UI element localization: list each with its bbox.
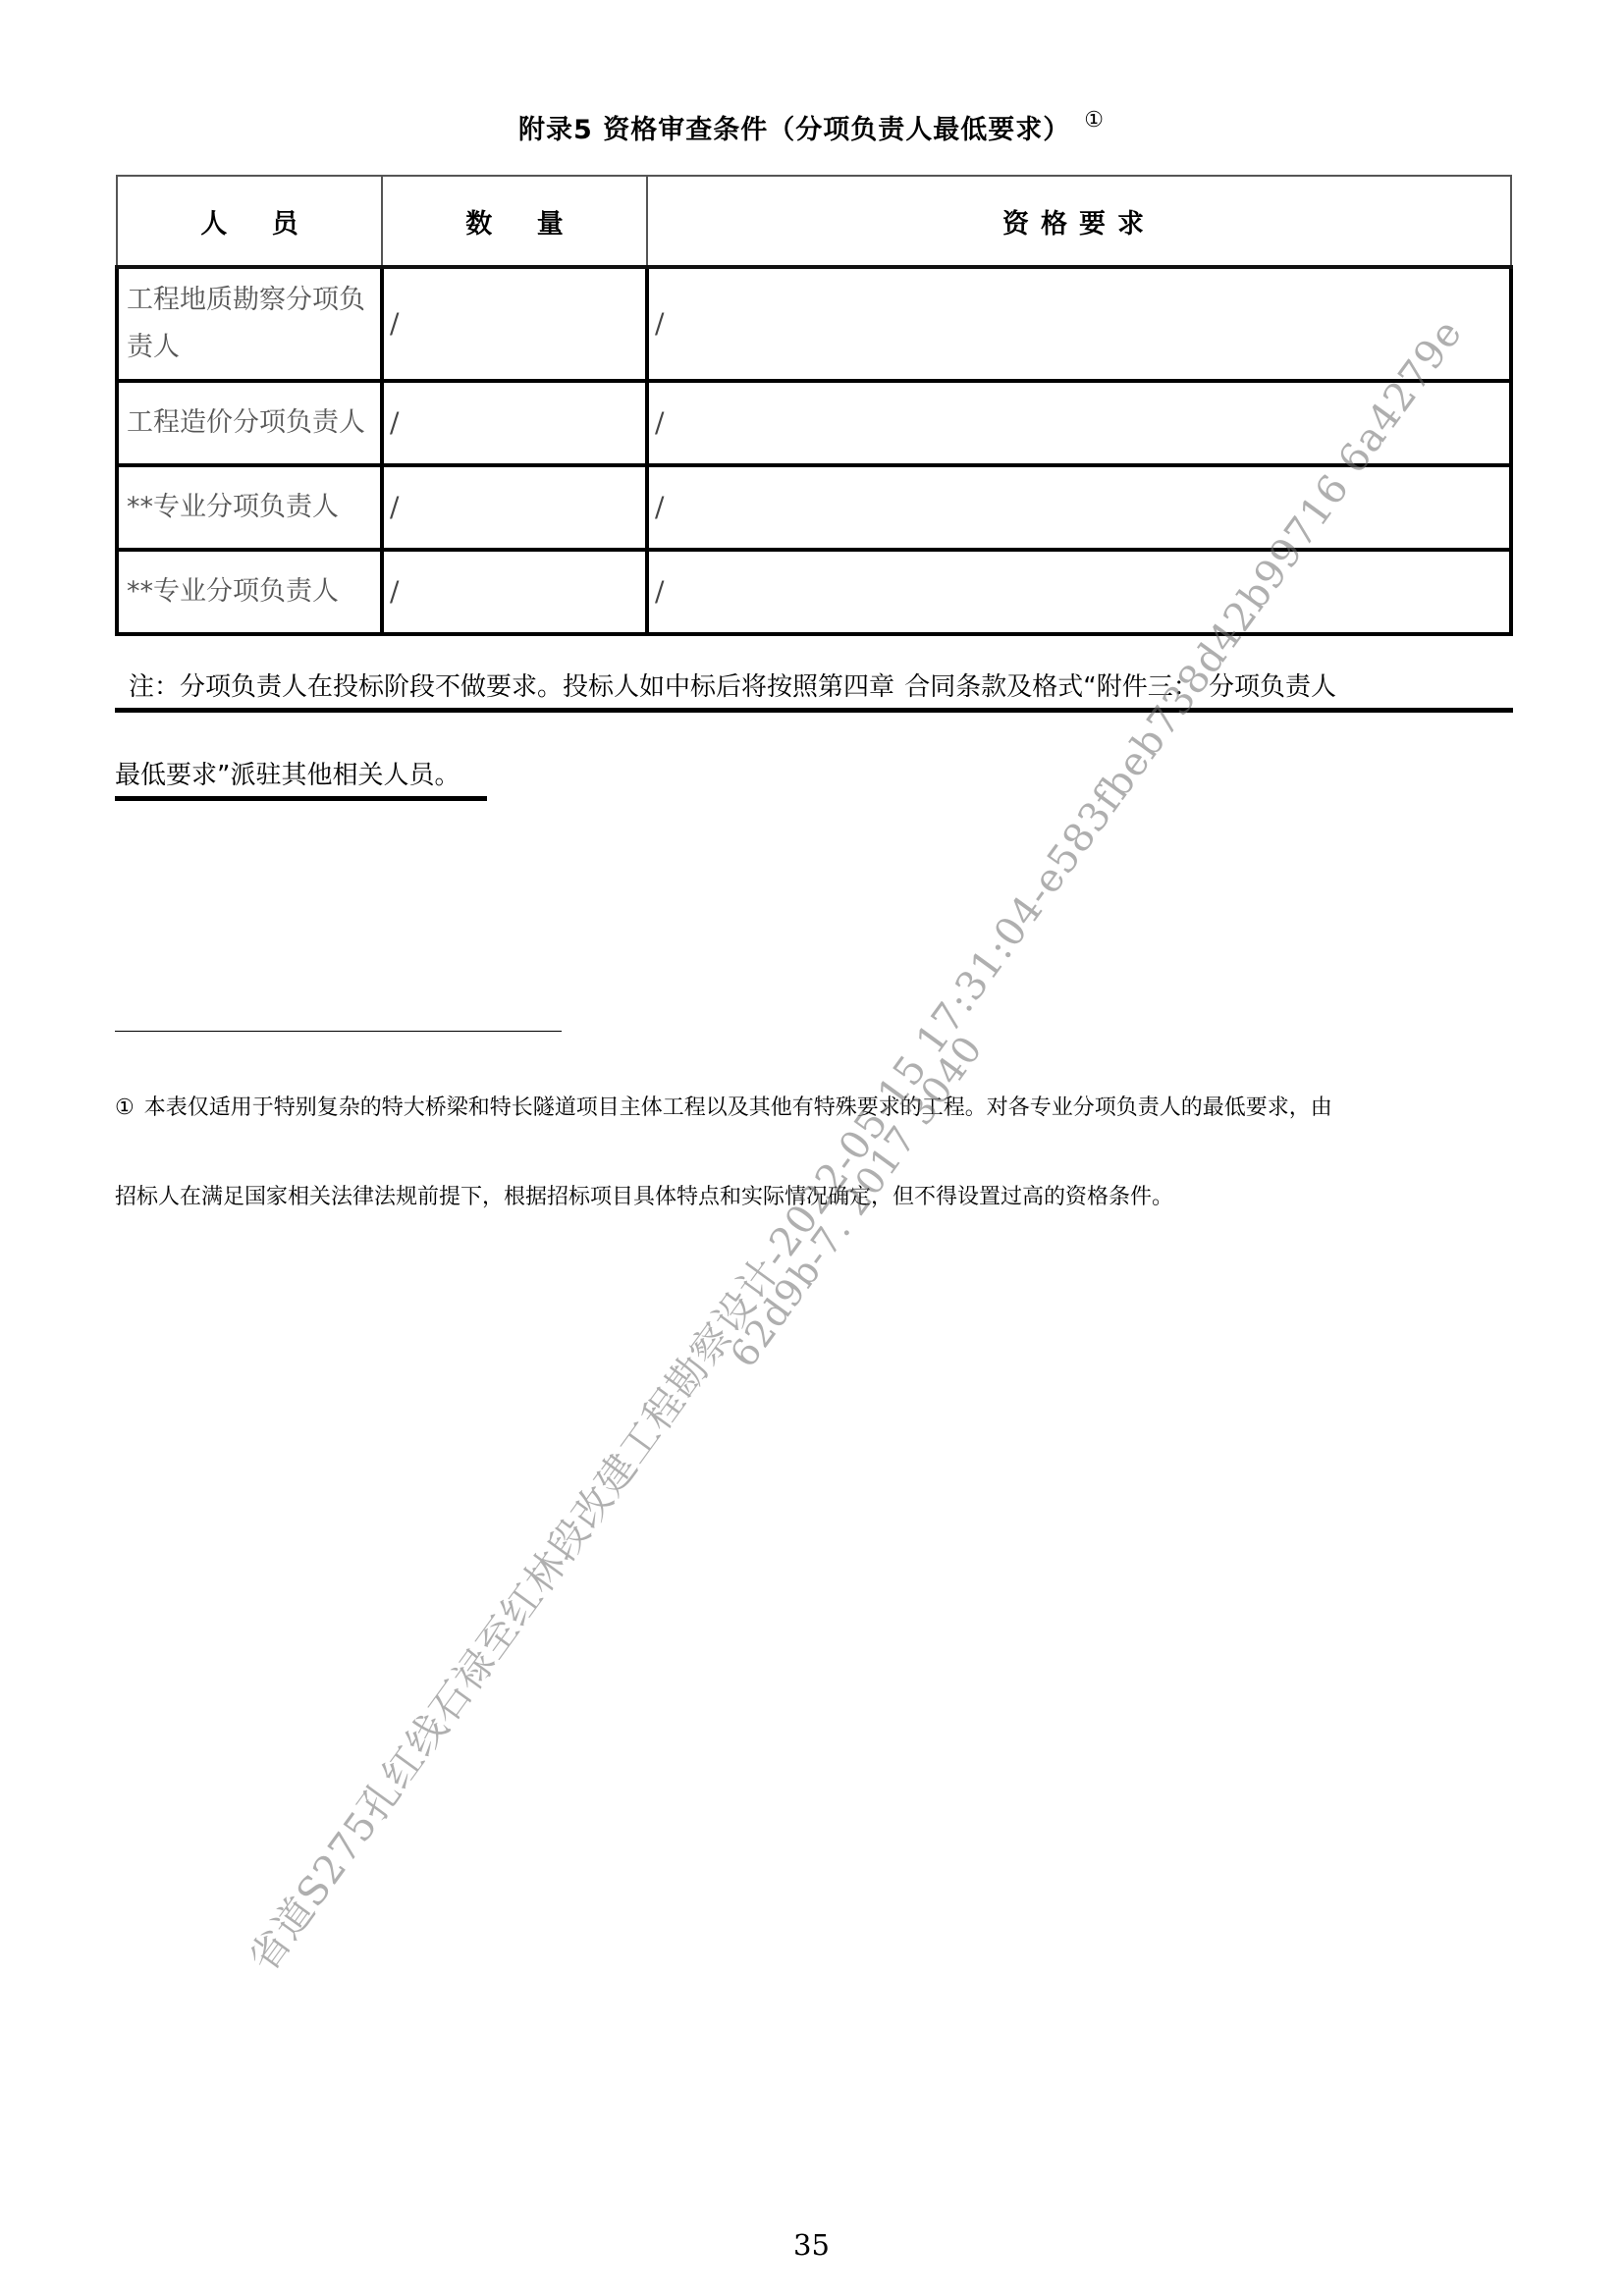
page-number: 35 [0, 2228, 1623, 2262]
cell-quantity: / [382, 267, 647, 381]
cell-person: 工程造价分项负责人 [117, 381, 382, 465]
cell-person: **专业分项负责人 [117, 550, 382, 634]
cell-person: 工程地质勘察分项负责人 [117, 267, 382, 381]
footnote-text-1: 本表仅适用于特别复杂的特大桥梁和特长隧道项目主体工程以及其他有特殊要求的工程。对… [144, 1095, 1332, 1120]
cell-requirement: / [647, 550, 1511, 634]
table-header-row: 人 员 数 量 资格要求 [117, 176, 1511, 267]
cell-quantity: / [382, 550, 647, 634]
footnote-marker: ① [115, 1095, 135, 1120]
note-line-2: 最低要求”派驻其他相关人员。 [115, 759, 487, 801]
table-row: **专业分项负责人 / / [117, 550, 1511, 634]
table-row: 工程造价分项负责人 / / [117, 381, 1511, 465]
footnote-reference[interactable]: ① [1084, 108, 1105, 133]
cell-quantity: / [382, 465, 647, 550]
footnote-separator [115, 1031, 562, 1032]
cell-quantity: / [382, 381, 647, 465]
qualification-table: 人 员 数 量 资格要求 工程地质勘察分项负责人 / / 工程造价分项负责人 /… [115, 175, 1513, 636]
cell-requirement: / [647, 465, 1511, 550]
header-quantity: 数 量 [382, 176, 647, 267]
table-row: **专业分项负责人 / / [117, 465, 1511, 550]
page-title: 附录5 资格审查条件（分项负责人最低要求）① [0, 108, 1623, 146]
header-person: 人 员 [117, 176, 382, 267]
cell-requirement: / [647, 381, 1511, 465]
cell-requirement: / [647, 267, 1511, 381]
note-line-1: 注：分项负责人在投标阶段不做要求。投标人如中标后将按照第四章 合同条款及格式“附… [115, 670, 1513, 713]
table-row: 工程地质勘察分项负责人 / / [117, 267, 1511, 381]
cell-person: **专业分项负责人 [117, 465, 382, 550]
footnote-line-2: 招标人在满足国家相关法律法规前提下，根据招标项目具体特点和实际情况确定，但不得设… [115, 1183, 1513, 1212]
header-requirement: 资格要求 [647, 176, 1511, 267]
footnote-line-1: ①本表仅适用于特别复杂的特大桥梁和特长隧道项目主体工程以及其他有特殊要求的工程。… [115, 1094, 1513, 1123]
title-text: 附录5 资格审查条件（分项负责人最低要求） [518, 115, 1070, 145]
